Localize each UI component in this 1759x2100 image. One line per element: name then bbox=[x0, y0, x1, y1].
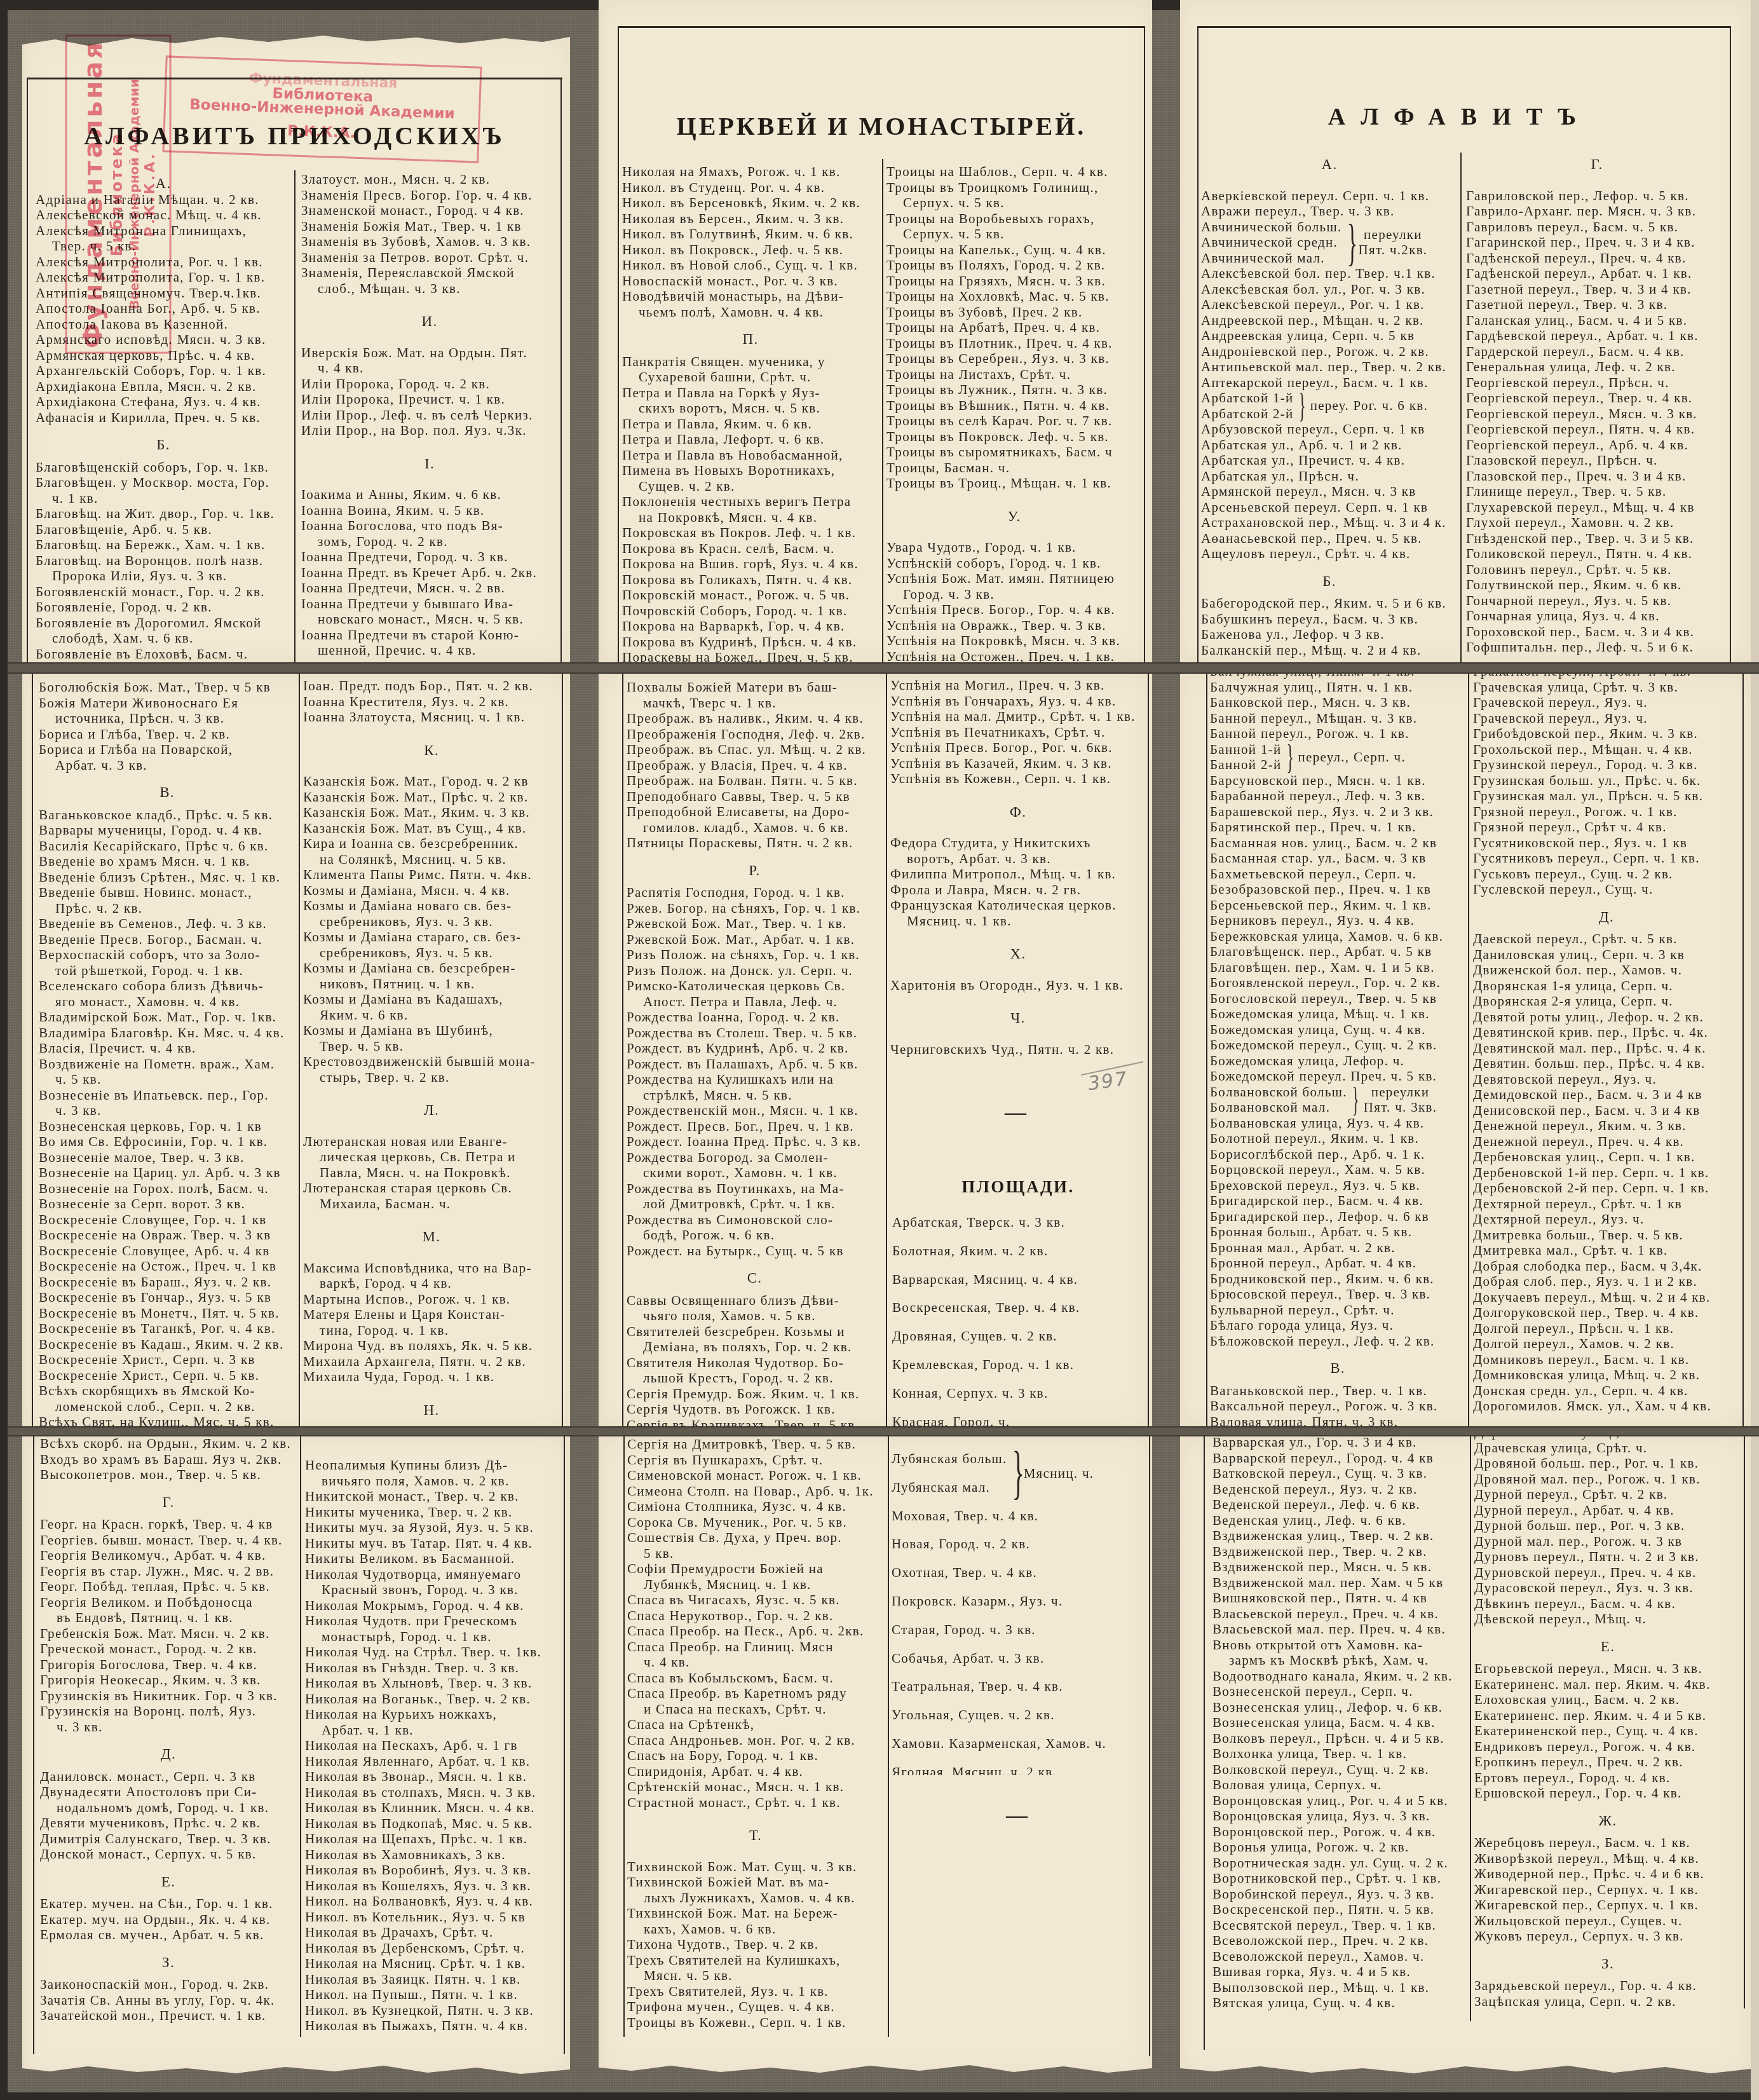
entry-line: Іоанна Златоуста, Мясниц. ч. 1 кв. bbox=[303, 709, 560, 725]
entry-line: Авчинической средн. bbox=[1201, 235, 1342, 250]
entry-line: Ертовъ переул., Город. ч. 4 кв. bbox=[1474, 1770, 1741, 1786]
index-entry: Вознесеніе за Серп. ворот. 3 кв. bbox=[39, 1196, 295, 1212]
entry-line: Златоуст. мон., Мясн. ч. 2 кв. bbox=[301, 172, 558, 187]
entry-line: Вновь открытой отъ Хамовн. ка- bbox=[1212, 1637, 1467, 1653]
letter-heading: Х. bbox=[890, 946, 1146, 962]
entry-line: Прѣс. ч. 2 кв. bbox=[39, 901, 295, 917]
entry-line: Спасъ на Бору, Город. ч. 1 кв. bbox=[627, 1748, 884, 1764]
brace-icon: } bbox=[1298, 390, 1303, 421]
entry-line: Болвановской больш. bbox=[1210, 1084, 1347, 1100]
entry-line: скими ворот., Хамовн. ч. 1 кв. bbox=[627, 1165, 883, 1181]
entry-line: Георг. на Красн. горкѣ, Твер. ч. 4 кв bbox=[40, 1517, 297, 1532]
index-entry: Николая въ Подкопаѣ, Мяс. ч. 5 кв. bbox=[305, 1816, 562, 1832]
entry-line: Георгіевской переул., Пятн. ч. 4 кв. bbox=[1466, 421, 1728, 437]
index-entry: Василія Кесарійскаго, Прѣс ч. 6 кв. bbox=[39, 838, 295, 854]
entry-line: Грохольской пер., Мѣщан. ч. 4 кв. bbox=[1473, 742, 1740, 758]
entry-line: Всеволожской пер., Преч. ч. 2 кв. bbox=[1212, 1933, 1467, 1949]
index-entry: Дурасовской переул., Яуз. ч. 3 кв. bbox=[1474, 1580, 1741, 1596]
entry-line: Бронная больш., Арбат. ч. 5 кв. bbox=[1210, 1224, 1465, 1240]
entry-line: Успѣнія въ Печатникахъ, Срѣт. ч. bbox=[890, 725, 1146, 740]
entry-line: Дурной переул., Срѣт. ч. 2 кв. bbox=[1474, 1487, 1741, 1503]
index-entry: Гнѣзденской пер., Твер. ч. 3 и 5 кв. bbox=[1466, 531, 1728, 547]
index-entry: Козмы и Даміана въ Кадашахъ,Яким. ч. 6 к… bbox=[303, 992, 560, 1023]
entry-line: Троицы въ Троиц., Мѣщан. ч. 1 кв. bbox=[886, 475, 1142, 491]
entry-line: Глазовской переул., Прѣсн. ч. bbox=[1466, 453, 1728, 468]
index-entry: Введеніе въ Семенов., Леф. ч. 3 кв. bbox=[39, 916, 295, 932]
entry-line: Вздвиженская улиц., Твер. ч. 2 кв. bbox=[1212, 1528, 1467, 1544]
brace-group: Банной 1-йБанной 2-й}переул., Серп. ч. bbox=[1210, 742, 1465, 773]
entry-line: Воскресеніе Словущее, Арб. ч. 4 кв bbox=[39, 1243, 295, 1259]
entry-line: Трифона мучен., Сущев. ч. 4 кв. bbox=[627, 1999, 884, 2015]
index-entry: Голутвинской пер., Яким. ч. 6 кв. bbox=[1466, 577, 1728, 593]
index-entry: Мартына Испов., Рогож. ч. 1 кв. bbox=[303, 1292, 560, 1307]
entry-line: Спаса Преобр. на Глиниц. Мясн bbox=[627, 1639, 884, 1655]
entry-line: Барятинской пер., Преч. ч. 1 кв. bbox=[1210, 819, 1465, 835]
index-entry: Воскресеніе Словущее, Гор. ч. 1 кв bbox=[39, 1212, 295, 1228]
entry-line: Домниковская улица, Мѣщ. ч. 2 кв. bbox=[1473, 1367, 1740, 1383]
index-entry: Георгіевской переул., Прѣсн. ч. bbox=[1466, 375, 1728, 391]
index-entry: Преподобной Елисаветы, на Доро-гомилов. … bbox=[627, 804, 883, 835]
index-entry: Воронцовская улица, Яуз. ч. 3 кв. bbox=[1212, 1808, 1467, 1824]
entry-line: Казанскія Бож. Мат., Город. ч. 2 кв bbox=[303, 774, 560, 789]
entry-line: Казанскія Бож. Мат., Яким. ч. 3 кв. bbox=[303, 805, 560, 821]
index-entry: Троицы въ Вѣшник., Пятн. ч. 4 кв. bbox=[886, 398, 1142, 414]
index-entry: Успѣнія на Могил., Преч. ч. 3 кв. bbox=[890, 678, 1146, 693]
index-entry: Веденская улиц., Леф. ч. 6 кв. bbox=[1212, 1513, 1467, 1529]
entry-line: Никитской монаст., Твер. ч. 2 кв. bbox=[305, 1489, 562, 1504]
index-entry: Денежной переул., Преч. ч. 4 кв. bbox=[1473, 1134, 1740, 1150]
entry-line: ч. 5 кв. bbox=[39, 1072, 295, 1087]
index-entry: Георг. на Красн. горкѣ, Твер. ч. 4 кв bbox=[40, 1517, 297, 1532]
entry-line: Похвалы Божіей Матери въ баш- bbox=[627, 679, 883, 695]
index-entry: Ржевской Бож. Мат., Твер. ч. 1 кв. bbox=[627, 916, 883, 932]
entry-line: Рождества Іоанна, Город. ч. 2 кв. bbox=[627, 1009, 883, 1025]
index-entry: Богоявленіе въ Елоховѣ, Басм. ч. bbox=[36, 646, 291, 662]
index-entry: Бабегородской пер., Яким. ч. 5 и 6 кв. bbox=[1201, 596, 1458, 611]
index-entry: Девятой роты улиц., Лефор. ч. 2 кв. bbox=[1473, 1009, 1740, 1025]
entry-line: Дѣвкинъ переул., Басм. ч. 4 кв. bbox=[1474, 1596, 1741, 1612]
index-entry: Покрова въ Кудринѣ, Прѣсн. ч. 4 кв. bbox=[622, 634, 879, 650]
entry-line: ч. 1 кв. bbox=[36, 491, 291, 507]
index-entry: Вздвиженская улиц., Твер. ч. 2 кв. bbox=[1212, 1528, 1467, 1544]
entry-line: Борисоглѣбской пер., Арб. ч. 1 к. bbox=[1210, 1147, 1465, 1162]
index-entry: Бронной переул., Арбат. ч. 4 кв. bbox=[1210, 1255, 1465, 1271]
entry-line: Вселенскаго собора близъ Дѣвичь- bbox=[39, 978, 295, 994]
index-entry: Николая Чудотв. при Греческомъмонастырѣ,… bbox=[305, 1613, 562, 1644]
letter-heading: У. bbox=[886, 509, 1142, 525]
entry-line: Валовая улица, Пятн. ч. 3 кв. bbox=[1210, 1414, 1465, 1428]
index-entry: Филиппа Митропол., Мѣщ. ч. 1 кв. bbox=[890, 866, 1146, 882]
brace-icon: } bbox=[1347, 219, 1352, 266]
index-entry: Спасъ на Бору, Город. ч. 1 кв. bbox=[627, 1748, 884, 1764]
index-entry: Богословской переул., Твер. ч. 5 кв bbox=[1210, 991, 1465, 1007]
index-entry: Ваганьковской пер., Твер. ч. 1 кв. bbox=[1210, 1383, 1465, 1399]
entry-line: Екатериненс. пер. Яким. ч. 4 и 5 кв. bbox=[1474, 1708, 1741, 1724]
frame-right-rule bbox=[1148, 674, 1149, 1428]
entry-line: Болвановской мал. bbox=[1210, 1100, 1347, 1115]
entry-line: Вздвиженской мал. пер. Хам. ч 5 кв bbox=[1212, 1575, 1467, 1591]
index-entry: Вознесеніе на Цариц. ул. Арб. ч. 3 кв bbox=[39, 1165, 295, 1181]
index-entry: Успѣнія въ Гончарахъ, Яуз. ч. 4 кв. bbox=[890, 693, 1146, 709]
index-entry: Выползовской пер., Мѣщ. ч. 1 кв. bbox=[1212, 1980, 1467, 1996]
index-entry: Бригадирской пер., Лефор. ч. 6 кв bbox=[1210, 1209, 1465, 1225]
index-entry: Петра и Павла въ Новобасманной, bbox=[622, 447, 879, 463]
entry-line: Гончарной переул., Яуз. ч. 5 кв. bbox=[1466, 593, 1728, 609]
entry-line: Вознесенская церковь, Гор. ч. 1 кв bbox=[39, 1119, 295, 1135]
entry-line: Рождества на Кулишкахъ или на bbox=[627, 1072, 883, 1087]
index-entry: Троицы въ Плотник., Преч. ч. 4 кв. bbox=[886, 336, 1142, 351]
entry-line: Рождест. въ Кудринѣ, Арб. ч. 2 кв. bbox=[627, 1040, 883, 1056]
entry-line: Авчинической мал. bbox=[1201, 250, 1342, 266]
index-entry: Грохольской пер., Мѣщан. ч. 4 кв. bbox=[1473, 742, 1740, 758]
entry-line: Двунадесяти Апостоловъ при Си- bbox=[40, 1784, 297, 1800]
index-entry: Андроніевской пер., Рогож. ч. 2 кв. bbox=[1201, 344, 1458, 360]
entry-line: Троицы на Листахъ, Срѣт. ч. bbox=[886, 367, 1142, 383]
index-entry: Глазовской пер., Преч. ч. 3 и 4 кв. bbox=[1466, 468, 1728, 484]
index-entry: Никиты Великом. въ Басманной. bbox=[305, 1551, 562, 1567]
brace-items: Лубянская больш.Лубянская мал. bbox=[892, 1445, 1007, 1502]
index-entry: Покрова на Вшив. горѣ, Яуз. ч. 4 кв. bbox=[622, 556, 879, 572]
letter-heading: Р. bbox=[627, 863, 883, 879]
entry-line: Успѣнія на Могил., Преч. ч. 3 кв. bbox=[890, 678, 1146, 693]
index-entry: Петра и Павла, Яким. ч. 6 кв. bbox=[622, 416, 879, 432]
entry-line: Георгія Великомуч., Арбат. ч. 4 кв. bbox=[40, 1548, 297, 1564]
entry-line: Троицы, Басман. ч. bbox=[886, 460, 1142, 476]
fold-strip bbox=[8, 1426, 1759, 1436]
entry-line: Еропкинъ переул., Преч. ч. 2 кв. bbox=[1474, 1754, 1741, 1770]
entry-line: Срѣтенскій монас., Мясн. ч. 1 кв. bbox=[627, 1779, 884, 1795]
letter-heading: Н. bbox=[303, 1403, 560, 1419]
frame-right-rule bbox=[1730, 26, 1731, 664]
entry-line: Барашевской пер., Яуз. ч. 2 и 3 кв. bbox=[1210, 804, 1465, 820]
entry-line: Спиридонія, Арбат. ч. 4 кв. bbox=[627, 1764, 884, 1780]
index-entry: Воротниковской пер., Срѣт. ч. 1 кв. bbox=[1212, 1871, 1467, 1886]
entry-line: Андреевская улица, Серп. ч. 5 кв bbox=[1201, 328, 1458, 344]
index-entry: Михаила Архангела, Пятн. ч. 2 кв. bbox=[303, 1354, 560, 1370]
entry-line: Власьевской переул., Преч. ч. 4 кв. bbox=[1212, 1606, 1467, 1622]
index-entry: Іоанна Богослова, что подъ Вя-зомъ, Горо… bbox=[301, 518, 558, 549]
entry-line: Вознесеніе малое, Твер. ч. 3 кв. bbox=[39, 1150, 295, 1166]
index-entry: Воскресеніе Словущее, Арб. ч. 4 кв bbox=[39, 1243, 295, 1259]
brace-note-line: переу. Рог. ч. 6 кв. bbox=[1310, 398, 1428, 414]
index-entry: Бабушкинъ переул., Басм. ч. 3 кв. bbox=[1201, 611, 1458, 627]
entry-line: источника, Прѣсн. ч. 3 кв. bbox=[39, 711, 295, 726]
index-entry: Хамовн. Казарменская, Хамов. ч. bbox=[892, 1729, 1146, 1758]
index-entry: Троицы на Грязяхъ, Мясн. ч. 3 кв. bbox=[886, 273, 1142, 289]
entry-line: Богоявленской переул., Гор. ч. 2 кв. bbox=[1210, 975, 1465, 991]
letter-heading: Ф. bbox=[890, 805, 1146, 821]
index-entry: Троицы въ селѣ Карач. Рог. ч. 7 кв. bbox=[886, 413, 1142, 429]
entry-line: слободѣ, Хам. ч. 6 кв. bbox=[36, 631, 291, 646]
entry-line: гомилов. кладб., Хамов. ч. 6 кв. bbox=[627, 820, 883, 836]
entry-line: Димитрія Салунскаго, Твер. ч. 3 кв. bbox=[40, 1831, 297, 1847]
entry-line: Ендриковъ переул., Рогож. ч. 4 кв. bbox=[1474, 1739, 1741, 1755]
brace-note-line: Пят. ч.2кв. bbox=[1359, 242, 1428, 258]
index-entry: Рождества въ Столеш. Твер. ч. 5 кв. bbox=[627, 1025, 883, 1041]
index-entry: Грузинская мал. ул., Прѣсн. ч. 5 кв. bbox=[1473, 788, 1740, 804]
entry-line: Галанская улиц., Басм. ч. 4 и 5 кв. bbox=[1466, 313, 1728, 329]
entry-line: Арбатской 1-й bbox=[1201, 390, 1294, 406]
entry-line: Благовѣщ. на Воронцов. полѣ назв. bbox=[36, 553, 291, 569]
entry-line: Пимена въ Новыхъ Воротникахъ, bbox=[622, 463, 879, 479]
index-entry: Варварской переул., Город. ч. 4 кв bbox=[1212, 1450, 1467, 1466]
index-entry: Распятія Господня, Город. ч. 1 кв. bbox=[627, 885, 883, 901]
entry-line: Воскресенская, Твер. ч. 4 кв. bbox=[892, 1293, 1145, 1322]
entry-line: въ Ендовѣ, Пятниц. ч. 1 кв. bbox=[40, 1610, 297, 1626]
entry-line: Воскресеніе на Овраж. Твер. ч. 3 кв bbox=[39, 1227, 295, 1243]
index-entry: Вселенскаго собора близъ Дѣвичь-яго мона… bbox=[39, 978, 295, 1009]
index-entry: Арбузовской переул., Серп. ч. 1 кв bbox=[1201, 421, 1458, 437]
index-entry: Брюсовской переул., Твер. ч. 3 кв. bbox=[1210, 1286, 1465, 1302]
entry-line: Жильцовской переул., Сущев. ч. bbox=[1474, 1913, 1741, 1929]
brace-note: переулкиПят. ч.2кв. bbox=[1359, 227, 1428, 258]
entry-line: Власьевской мал. пер. Преч. ч. 4 кв. bbox=[1212, 1621, 1467, 1637]
index-entry: Зачатія Св. Анны въ углу, Гор. ч. 4к. bbox=[40, 1993, 297, 2008]
index-entry: Грязной переул., Срѣт ч. 4 кв. bbox=[1473, 819, 1740, 835]
index-entry: Театральная, Твер. ч. 4 кв. bbox=[892, 1672, 1146, 1701]
entry-line: Арбатская ул., Пречист. ч. 4 кв. bbox=[1201, 453, 1458, 468]
entry-line: лическая церковь, Св. Петра и bbox=[303, 1149, 560, 1165]
index-entry: Георгіевской переул., Арб. ч. 4 кв. bbox=[1466, 437, 1728, 453]
index-column: Всѣхъ скорб. на Ордын., Яким. ч. 2 кв.Вх… bbox=[40, 1436, 297, 2046]
entry-line: Докучаевъ переул., Мѣщ. ч. 2 и 4 кв. bbox=[1473, 1290, 1740, 1306]
entry-line: Дѣевской переул., Мѣщ. ч. bbox=[1474, 1611, 1741, 1627]
index-entry: Грузинской переул., Город. ч. 3 кв. bbox=[1473, 757, 1740, 773]
entry-line: Яким. ч. 6 кв. bbox=[303, 1007, 560, 1023]
entry-line: той рѣшеткой, Город. ч. 1 кв. bbox=[39, 963, 295, 979]
index-entry: Донской монаст., Серпух. ч. 5 кв. bbox=[40, 1846, 297, 1862]
entry-line: Спаса Андроньев. мон. Рог. ч. 2 кв. bbox=[627, 1733, 884, 1749]
index-entry: Волковской переул., Сущ. ч. 2 кв. bbox=[1212, 1762, 1467, 1778]
column-divider bbox=[886, 674, 887, 1428]
entry-line: Красный звонъ, Город. ч. 3 кв. bbox=[305, 1582, 562, 1598]
index-column: Златоуст. мон., Мясн. ч. 2 кв.Знаменія П… bbox=[301, 172, 558, 664]
entry-line: Спаса Нерукотвор., Гор. ч. 2 кв. bbox=[627, 1608, 884, 1624]
entry-line: 5 кв. bbox=[627, 1546, 884, 1562]
index-entry: Дехтярной переул., Срѣт. ч. 1 кв bbox=[1473, 1196, 1740, 1212]
entry-line: Водоотводнаго канала, Яким. ч. 2 кв. bbox=[1212, 1668, 1467, 1684]
entry-line: Георгіевской переул., Твер. ч. 4 кв. bbox=[1466, 390, 1728, 406]
entry-line: Заиконоспаскій мон., Город. ч. 2кв. bbox=[40, 1977, 297, 1993]
index-entry: Богоявленской переул., Гор. ч. 2 кв. bbox=[1210, 975, 1465, 991]
index-entry: Архидіакона Евпла, Мясн. ч. 2 кв. bbox=[36, 379, 291, 395]
index-entry: Всѣхъ скорб. на Ордын., Яким. ч. 2 кв. bbox=[40, 1436, 297, 1452]
index-entry: Ертовъ переул., Город. ч. 4 кв. bbox=[1474, 1770, 1741, 1786]
brace-note: переул., Серп. ч. bbox=[1298, 749, 1406, 765]
index-entry: Греческой монаст., Город. ч. 2 кв. bbox=[40, 1641, 297, 1657]
index-entry: Домниковская улица, Мѣщ. ч. 2 кв. bbox=[1473, 1367, 1740, 1383]
index-column: Николая на Ямахъ, Рогож. ч. 1 кв.Никол. … bbox=[622, 164, 879, 664]
entry-line: Девятин. больш. пер., Прѣс. ч. 4 кв. bbox=[1473, 1056, 1740, 1072]
entry-line: Девятинской мал. пер., Прѣс. ч. 4 к. bbox=[1473, 1040, 1740, 1056]
entry-line: слоб., Мѣщан. ч. 3 кв. bbox=[301, 281, 558, 297]
entry-line: Гуслевской переул., Сущ. ч. bbox=[1473, 882, 1740, 897]
index-entry: Знаменія Пресв. Богор. Гор. ч. 4 кв. bbox=[301, 187, 558, 203]
entry-line: Троицы на Шаблов., Серп. ч. 4 кв. bbox=[886, 164, 1142, 180]
index-entry: Георгія Великомуч., Арбат. ч. 4 кв. bbox=[40, 1548, 297, 1564]
entry-line: Успѣнія Пресв. Богор., Рог. ч. 6кв. bbox=[890, 740, 1146, 756]
index-entry: Благовѣщенск. пер., Арбат. ч. 5 кв bbox=[1210, 944, 1465, 960]
index-entry: Иліи Пророка, Пречист. ч. 1 кв. bbox=[301, 392, 558, 407]
entry-line: Собачья, Арбат. ч. 3 кв. bbox=[892, 1644, 1146, 1673]
index-entry: Рождест. Іоанна Пред. Прѣс. ч. 3 кв. bbox=[627, 1134, 883, 1150]
entry-line: Покрова на Варваркѣ, Гор. ч. 4 кв. bbox=[622, 618, 879, 634]
index-entry: Газетной переул., Твер. ч. 3 и 4 кв. bbox=[1466, 282, 1728, 297]
entry-line: Афанасія и Кирилла, Преч. ч. 5 кв. bbox=[36, 410, 291, 426]
entry-line: Аѳанасьевской пер., Преч. ч. 5 кв. bbox=[1201, 531, 1458, 547]
index-entry: Зацѣпская улица, Серп. ч. 2 кв. bbox=[1474, 1994, 1741, 2010]
entry-line: Никол. въ Покровск., Леф. ч. 5 кв. bbox=[622, 242, 879, 258]
entry-line: Ащеуловъ переул., Срѣт. ч. 4 кв. bbox=[1201, 546, 1458, 562]
entry-line: Рождест. Іоанна Пред. Прѣс. ч. 3 кв. bbox=[627, 1134, 883, 1150]
index-entry: Ащеуловъ переул., Срѣт. ч. 4 кв. bbox=[1201, 546, 1458, 562]
index-entry: Казанскія Бож. Мат., Яким. ч. 3 кв. bbox=[303, 805, 560, 821]
entry-line: Почровскій Соборъ, Город. ч. 1 кв. bbox=[622, 603, 879, 619]
entry-line: Баженова ул., Лефор. ч 3 кв. bbox=[1201, 627, 1458, 643]
entry-line: Климента Папы Римс. Пятн. ч. 4кв. bbox=[303, 867, 560, 883]
index-entry: Пимена въ Новыхъ Воротникахъ,Сущев. ч. 2… bbox=[622, 463, 879, 494]
entry-line: Болотной переул., Яким. ч. 1 кв. bbox=[1210, 1131, 1465, 1147]
entry-line: Благовѣщ. на Бережк., Хам. ч. 1 кв. bbox=[36, 537, 291, 553]
index-entry: Зачатейской мон., Пречист. ч. 1 кв. bbox=[40, 2008, 297, 2024]
index-entry: Божедомская улица, Мѣщ. ч. 1 кв. bbox=[1210, 1006, 1465, 1022]
entry-line: Вознесеніе на Цариц. ул. Арб. ч. 3 кв bbox=[39, 1165, 295, 1181]
entry-line: Успѣнія въ Казачей, Яким. ч. 3 кв. bbox=[890, 756, 1146, 772]
index-entry: Введеніе близъ Срѣтен., Мяс. ч. 1 кв. bbox=[39, 869, 295, 885]
index-entry: Безобразовской пер., Преч. ч. 1 кв bbox=[1210, 882, 1465, 897]
index-entry: Софіи Премудрости Божіей наЛубянкѣ, Мясн… bbox=[627, 1561, 884, 1592]
entry-line: Зачатія Св. Анны въ углу, Гор. ч. 4к. bbox=[40, 1993, 297, 2008]
entry-line: Банной переул., Рогож. ч. 1 кв. bbox=[1210, 726, 1465, 742]
index-column: Похвалы Божіей Матери въ баш-мачкѣ, Твер… bbox=[627, 679, 883, 1428]
entry-line: Трехъ Святителей, Яуз. ч. 1 кв. bbox=[627, 1984, 884, 2000]
index-entry: Даевской переул., Срѣт. ч. 5 кв. bbox=[1473, 931, 1740, 947]
index-entry: Екатериненс. мал. пер. Яким. ч. 4кв. bbox=[1474, 1677, 1741, 1693]
index-entry: Успѣнія въ Казачей, Яким. ч. 3 кв. bbox=[890, 756, 1146, 772]
index-entry: Симіона Столпника, Яузс. ч. 4 кв. bbox=[627, 1499, 884, 1515]
index-entry: Николая Мокрымъ, Город. ч. 4 кв. bbox=[305, 1598, 562, 1614]
entry-line: Глазовской пер., Преч. ч. 3 и 4 кв. bbox=[1466, 468, 1728, 484]
entry-line: Панкратія Священ. мученика, у bbox=[622, 354, 879, 370]
entry-line: Алексѣевская бол. ул., Рог. ч. 3 кв. bbox=[1201, 282, 1458, 297]
entry-line: Кира и Іоанна св. безсребренник. bbox=[303, 836, 560, 852]
entry-line: Грузинской переул., Город. ч. 3 кв. bbox=[1473, 757, 1740, 773]
index-entry: Красная, Город. ч. bbox=[892, 1408, 1145, 1428]
entry-line: Глинище переул., Твер. ч. 5 кв. bbox=[1466, 484, 1728, 500]
entry-line: Воскресеніе на Остож., Преч. ч. 1 кв bbox=[39, 1258, 295, 1274]
index-entry: Успѣнскій соборъ, Город. ч. 1 кв. bbox=[886, 556, 1142, 571]
entry-line: Егорьевской переул., Мясн. ч. 3 кв. bbox=[1474, 1661, 1741, 1677]
index-entry: Николая на Пескахъ, Арб. ч. 1 гв bbox=[305, 1738, 562, 1754]
entry-line: Долгой переул., Хамов. ч. 2 кв. bbox=[1473, 1336, 1740, 1352]
index-entry: Гардерской переул., Басм. ч. 4 кв. bbox=[1466, 344, 1728, 360]
index-entry: Рождества въ Симоновской сло-бодѣ, Рогож… bbox=[627, 1212, 883, 1243]
entry-line: Никол. въ Голутвинѣ, Яким. ч. 6 кв. bbox=[622, 226, 879, 242]
index-entry: Дровяной мал. пер., Рогож. ч. 1 кв. bbox=[1474, 1471, 1741, 1487]
entry-line: Девяти мучениковъ, Прѣс. ч. 2 кв. bbox=[40, 1815, 297, 1831]
entry-line: Георгія въ стар. Лужн., Мяс. ч. 2 вв. bbox=[40, 1564, 297, 1579]
index-entry: Бронная больш., Арбат. ч. 5 кв. bbox=[1210, 1224, 1465, 1240]
letter-heading: Г. bbox=[1466, 157, 1728, 173]
entry-line: Долгой переул., Прѣсн. ч. 1 кв. bbox=[1473, 1321, 1740, 1337]
index-entry: Аптекарской переул., Басм. ч. 1 кв. bbox=[1201, 375, 1458, 391]
index-entry: Николая на Мясниц. Срѣт. ч. 1 кв. bbox=[305, 1956, 562, 1972]
entry-line: Николая въ Гнѣздн. Твер. ч. 3 кв. bbox=[305, 1660, 562, 1676]
entry-line: Покровскій монаст., Рогож. ч. 5 чв. bbox=[622, 587, 879, 603]
entry-line: Дорогомилов. Ямск. ул., Хам. ч 4 кв. bbox=[1473, 1398, 1740, 1414]
index-entry: Дмитревка больш., Твер. ч. 5 кв. bbox=[1473, 1227, 1740, 1243]
letter-heading: З. bbox=[40, 1955, 297, 1971]
index-entry: Алексѣевской бол. пер. Твер. ч.1 кв. bbox=[1201, 266, 1458, 282]
index-entry: Французская Католическая церков.Мясниц. … bbox=[890, 897, 1146, 929]
entry-line: Борцовской переул., Хам. ч. 5 кв. bbox=[1210, 1162, 1465, 1178]
index-entry: Всеволожской переул., Хамов. ч. bbox=[1212, 1949, 1467, 1965]
entry-line: Армянской переул., Мясн. ч. 3 кв bbox=[1201, 484, 1458, 500]
entry-line: Успѣнія Пресв. Богор., Гор. ч. 4 кв. bbox=[886, 602, 1142, 618]
index-entry: Гороховской пер., Басм. ч. 3 и 4 кв. bbox=[1466, 624, 1728, 640]
entry-line: Мясн. ч. 5 кв. bbox=[627, 1968, 884, 1984]
stamp-line: Р.К.К.А. bbox=[142, 151, 158, 237]
index-entry: Гадѣенской переул., Арбат. ч. 1 кв. bbox=[1466, 266, 1728, 282]
index-entry: Воскресеніе въ Гончар., Яуз. ч. 5 кв bbox=[39, 1290, 295, 1306]
index-entry: Ягодная, Мясниц. ч. 2 кв. bbox=[892, 1758, 1146, 1775]
index-entry: Благовѣщенскій соборъ, Гор. ч. 1кв. bbox=[36, 460, 291, 475]
index-entry: Златоуст. мон., Мясн. ч. 2 кв. bbox=[301, 172, 558, 187]
entry-line: Девятой роты улиц., Лефор. ч. 2 кв. bbox=[1473, 1009, 1740, 1025]
index-entry: Всесвятской переул., Твер. ч. 1 кв. bbox=[1212, 1918, 1467, 1933]
index-entry: Воскресеніе въ Монетч., Пят. ч. 5 кв. bbox=[39, 1306, 295, 1321]
index-entry: Іоан. Предт. подъ Бор., Пят. ч. 2 кв. bbox=[303, 678, 560, 694]
entry-line: Бабушкинъ переул., Басм. ч. 3 кв. bbox=[1201, 611, 1458, 627]
entry-line: Харитонія въ Огородн., Яуз. ч. 1 кв. bbox=[890, 978, 1146, 993]
letter-heading: Д. bbox=[40, 1747, 297, 1762]
entry-line: Грачевской переул., Яуз. ч. bbox=[1473, 711, 1740, 726]
entry-line: Успѣнія на мал. Дмитр., Срѣт. ч. 1 кв. bbox=[890, 709, 1146, 725]
index-entry: Ендриковъ переул., Рогож. ч. 4 кв. bbox=[1474, 1739, 1741, 1755]
entry-line: Донская средн. ул., Серп. ч. 4 кв. bbox=[1473, 1383, 1740, 1399]
entry-line: Газетной переул., Твер. ч. 3 кв. bbox=[1466, 297, 1728, 313]
entry-line: Николая на Мясниц. Срѣт. ч. 1 кв. bbox=[305, 1956, 562, 1972]
index-entry: Федора Студита, у Никитскихъворотъ, Арба… bbox=[890, 835, 1146, 866]
entry-line: чьемъ полѣ, Хамовн. ч. 4 кв. bbox=[622, 304, 879, 320]
entry-line: Аверкіевской переул. Серп. ч. 1 кв. bbox=[1201, 188, 1458, 204]
entry-line: Римско-Католическая церковь Св. bbox=[627, 978, 883, 994]
index-entry: Воскресенская, Твер. ч. 4 кв. bbox=[892, 1293, 1145, 1322]
index-entry: Іоанна Златоуста, Мясниц. ч. 1 кв. bbox=[303, 709, 560, 725]
index-entry: Знаменія въ Зубовѣ, Хамов. ч. 3 кв. bbox=[301, 234, 558, 250]
entry-line: Верхоспаскій соборъ, что за Золо- bbox=[39, 947, 295, 963]
separator-dash: — bbox=[991, 1803, 1042, 1829]
entry-line: Троицы на Капельк., Сущ. ч. 4 кв. bbox=[886, 242, 1142, 258]
entry-line: Введеніе въ Семенов., Леф. ч. 3 кв. bbox=[39, 916, 295, 932]
entry-line: Дурной больш. пер., Рог. ч. 3 кв. bbox=[1474, 1518, 1741, 1534]
index-entry: Преподобнаго Саввы, Твер. ч. 5 кв bbox=[627, 789, 883, 805]
index-entry: Божедомской переул., Сущ. ч. 2 кв. bbox=[1210, 1037, 1465, 1053]
index-entry: Никол. въ Покровск., Леф. ч. 5 кв. bbox=[622, 242, 879, 258]
entry-line: Дурной переул., Арбат. ч. 4 кв. bbox=[1474, 1503, 1741, 1518]
entry-line: Козмы и Даміана стараго, св. без- bbox=[303, 929, 560, 945]
entry-line: Ржев. Богор. на сѣняхъ, Гор. ч. 1 кв. bbox=[627, 901, 883, 917]
index-entry: Барятинской пер., Преч. ч. 1 кв. bbox=[1210, 819, 1465, 835]
entry-line: Троицы въ Лужник., Пятн. ч. 3 кв. bbox=[886, 382, 1142, 398]
index-entry: Успѣнія на Покровкѣ, Мясн. ч. 3 кв. bbox=[886, 633, 1142, 649]
entry-line: Преображенія Господня, Леф. ч. 2кв. bbox=[627, 726, 883, 742]
entry-line: Грузинская больш. ул., Прѣс. ч. 6к. bbox=[1473, 773, 1740, 789]
entry-line: Зарядьевской переул., Гор. ч. 4 кв. bbox=[1474, 1978, 1741, 1994]
entry-line: Владиміра Благовѣр. Кн. Мяс. ч. 4 кв. bbox=[39, 1025, 295, 1041]
index-entry: Климента Папы Римс. Пятн. ч. 4кв. bbox=[303, 867, 560, 883]
entry-line: Федора Студита, у Никитскихъ bbox=[890, 835, 1146, 851]
